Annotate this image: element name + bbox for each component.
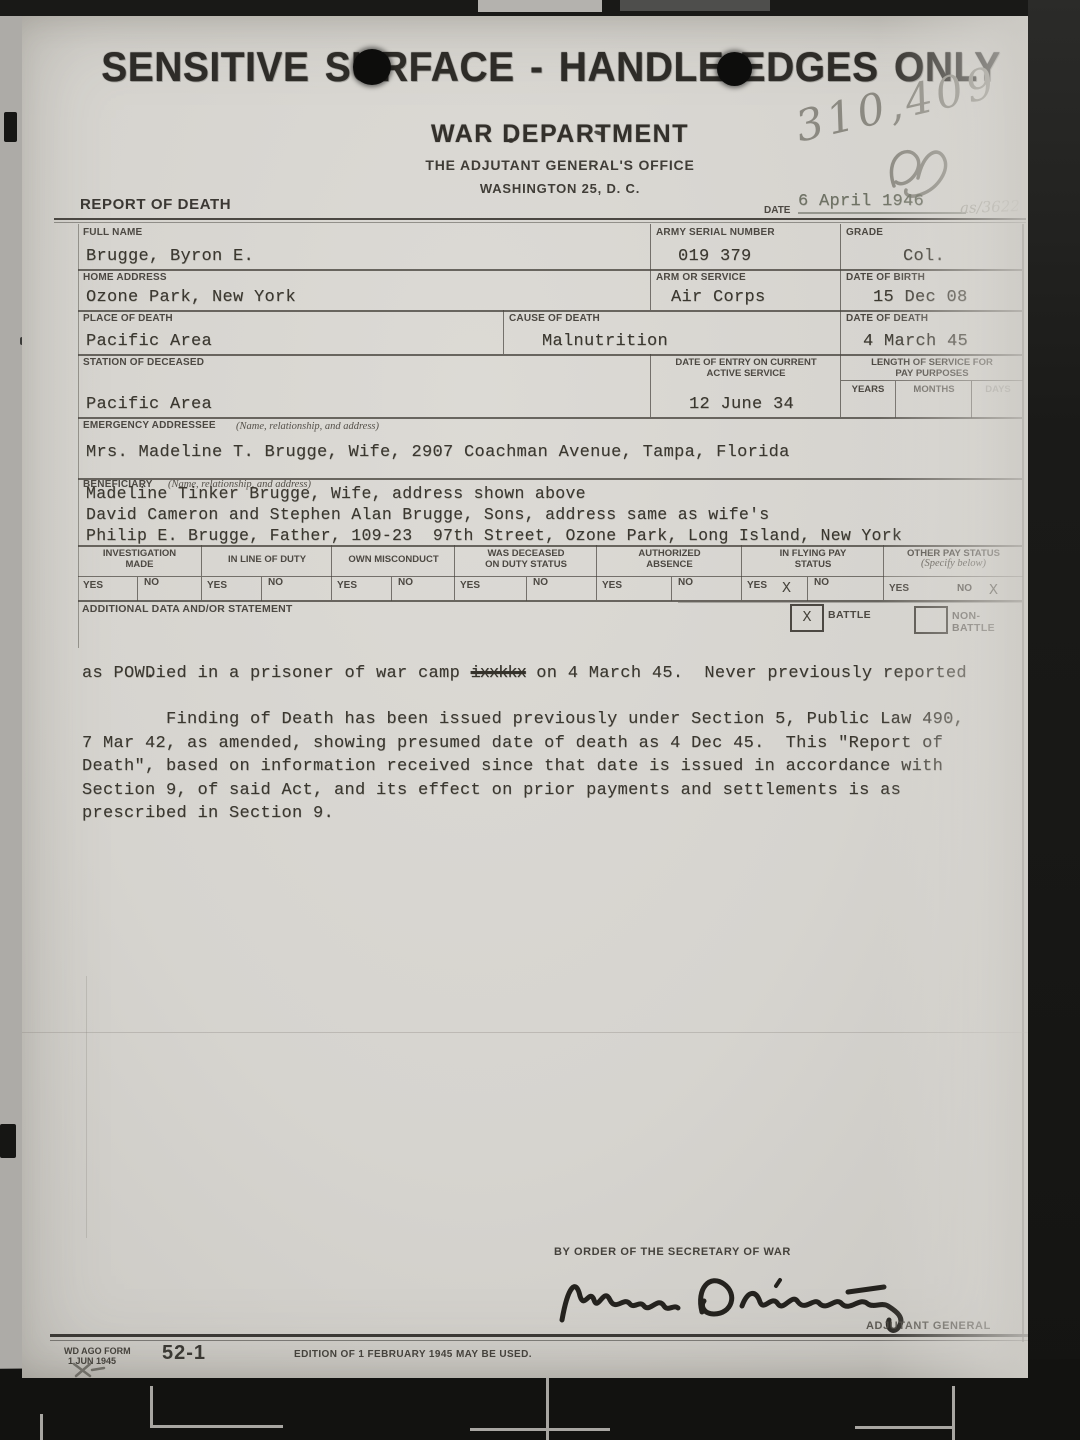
status-label: OTHER PAY STATUS	[884, 545, 1023, 559]
beneficiary-value: Madeline Tinker Brugge, Wife, address sh…	[86, 483, 902, 546]
no-label: NO	[957, 583, 972, 594]
status-label: IN LINE OF DUTY	[202, 545, 332, 565]
status-label: IN FLYING PAY STATUS	[742, 545, 884, 570]
yesno-row: YES NO	[202, 576, 332, 601]
form-row-station: STATION OF DECEASED Pacific Area DATE OF…	[78, 354, 1022, 419]
film-frame-tab-dim	[620, 0, 770, 11]
paper-crease	[86, 976, 87, 1238]
film-frame-tab	[478, 0, 602, 12]
years-cell: YEARS	[841, 381, 895, 418]
status-in-line-of-duty: IN LINE OF DUTY YES NO	[201, 545, 332, 600]
days-cell: DAYS	[971, 381, 1024, 418]
bottom-rule-thin	[50, 1340, 1028, 1341]
paper-crease	[22, 1032, 1028, 1033]
film-marker	[470, 1428, 610, 1431]
field-value: Col.	[903, 247, 945, 266]
no-label: NO	[671, 577, 693, 601]
field-label: DATE OF DEATH	[841, 310, 1023, 324]
field-value: Ozone Park, New York	[86, 288, 296, 307]
months-label: MONTHS	[896, 381, 972, 395]
days-label: DAYS	[972, 381, 1024, 395]
form-row-additional: ADDITIONAL DATA AND/OR STATEMENT X BATTL…	[78, 600, 1022, 634]
flying-pay-yes-mark: X	[782, 580, 791, 597]
yes-label: YES	[337, 580, 357, 591]
status-other-pay: OTHER PAY STATUS (Specify below) YES NO …	[883, 545, 1023, 600]
status-label: AUTHORIZED ABSENCE	[597, 545, 742, 570]
date-label: DATE	[764, 205, 790, 216]
yesno-row: YES NO	[597, 576, 742, 601]
yesno-row: YES NO	[332, 576, 455, 601]
form-number-label: WD AGO FORM	[64, 1346, 131, 1356]
date-value: 6 April 1946	[798, 192, 966, 214]
film-edge-mark	[4, 112, 17, 142]
yes-label: YES	[83, 580, 103, 591]
battle-label: BATTLE	[828, 609, 871, 621]
status-flying-pay: IN FLYING PAY STATUS YES X NO	[741, 545, 884, 600]
bottom-rule	[50, 1334, 1028, 1337]
status-label: OWN MISCONDUCT	[332, 545, 455, 565]
field-label: STATION OF DECEASED	[78, 354, 650, 368]
form-row-name: FULL NAME Brugge, Byron E. ARMY SERIAL N…	[78, 224, 1022, 271]
field-date-of-death: DATE OF DEATH 4 March 45	[840, 310, 1023, 354]
field-value: Brugge, Byron E.	[86, 247, 254, 266]
field-label: GRADE	[841, 224, 1023, 238]
non-battle-label: NON-BATTLE	[952, 610, 1022, 634]
film-left-band	[0, 16, 22, 1378]
form-row-emergency: EMERGENCY ADDRESSEE (Name, relationship,…	[78, 417, 1022, 480]
no-label: NO	[391, 577, 413, 601]
status-own-misconduct: OWN MISCONDUCT YES NO	[331, 545, 455, 600]
length-of-service-subrow: YEARS MONTHS DAYS	[841, 380, 1023, 418]
statement-p1-post: on 4 March 45. Never previously reported	[526, 664, 967, 683]
yes-label: YES	[889, 583, 909, 594]
field-grade: GRADE Col.	[840, 224, 1023, 269]
statement-p1-pre: Died in a prisoner of war camp	[145, 664, 471, 683]
film-right-band	[1028, 0, 1080, 1440]
field-label: LENGTH OF SERVICE FOR PAY PURPOSES	[841, 354, 1023, 379]
yesno-row: YES NO	[455, 576, 597, 601]
no-label: NO	[526, 577, 548, 601]
form-row-death: PLACE OF DEATH Pacific Area CAUSE OF DEA…	[78, 310, 1022, 356]
form-row-address: HOME ADDRESS Ozone Park, New York ARM OR…	[78, 269, 1022, 312]
edition-note: EDITION OF 1 FEBRUARY 1945 MAY BE USED.	[294, 1349, 532, 1360]
yesno-row: YES NO X	[884, 576, 1023, 601]
film-marker	[40, 1414, 43, 1440]
field-serial: ARMY SERIAL NUMBER 019 379	[650, 224, 841, 269]
years-label: YEARS	[841, 381, 895, 395]
film-marker	[150, 1386, 153, 1428]
field-date-of-entry: DATE OF ENTRY ON CURRENT ACTIVE SERVICE …	[650, 354, 841, 417]
punch-hole	[717, 52, 752, 86]
months-cell: MONTHS	[895, 381, 972, 418]
field-value: 15 Dec 08	[873, 288, 968, 307]
film-marker	[150, 1425, 283, 1428]
field-label: HOME ADDRESS	[78, 269, 650, 283]
field-label: DATE OF BIRTH	[841, 269, 1023, 283]
field-full-name: FULL NAME Brugge, Byron E.	[78, 224, 650, 269]
microfilm-frame: SENSITIVE SURFACE - HANDLE EDGES ONLY WA…	[0, 0, 1080, 1440]
field-value: Air Corps	[671, 288, 766, 307]
field-value: 019 379	[678, 247, 752, 266]
field-place-of-death: PLACE OF DEATH Pacific Area	[78, 310, 503, 354]
field-date-of-birth: DATE OF BIRTH 15 Dec 08	[840, 269, 1023, 310]
partial-rule	[678, 602, 1022, 603]
yes-label: YES	[460, 580, 480, 591]
document-page: SENSITIVE SURFACE - HANDLE EDGES ONLY WA…	[22, 16, 1028, 1378]
header-rule-thin	[54, 222, 1026, 223]
field-value: 12 June 34	[689, 395, 794, 414]
field-arm-or-service: ARM OR SERVICE Air Corps	[650, 269, 841, 310]
field-home-address: HOME ADDRESS Ozone Park, New York	[78, 269, 650, 310]
field-label: PLACE OF DEATH	[78, 310, 503, 324]
header-rule	[54, 218, 1026, 220]
form-right-border	[1022, 224, 1024, 1342]
punch-hole	[353, 49, 391, 85]
field-label: ARMY SERIAL NUMBER	[651, 224, 841, 238]
other-pay-no-mark: X	[989, 582, 998, 599]
adjutant-general-title: ADJUTANT GENERAL	[866, 1320, 991, 1332]
form-row-beneficiary: BENEFICIARY (Name, relationship, and add…	[78, 478, 1022, 547]
field-value: Pacific Area	[86, 395, 212, 414]
statement-p1-struck-word: ixxkkx	[471, 664, 526, 683]
yes-label: YES	[207, 580, 227, 591]
statement-paragraph-2: Finding of Death has been issued previou…	[82, 708, 964, 826]
statement-paragraph-1: Died in a prisoner of war camp ixxkkx on…	[82, 638, 967, 710]
yes-label: YES	[602, 580, 622, 591]
status-label: WAS DECEASED ON DUTY STATUS	[455, 545, 597, 570]
field-label: CAUSE OF DEATH	[504, 310, 841, 324]
form-code: 52-1	[162, 1342, 206, 1365]
status-label-note: (Specify below)	[884, 558, 1023, 569]
field-cause-of-death: CAUSE OF DEATH Malnutrition	[503, 310, 841, 354]
form-row-status: INVESTIGATION MADE YES NO IN LINE OF DUT…	[78, 545, 1022, 602]
yesno-row: YES X NO	[742, 576, 884, 601]
date-pencil-note: as/3622	[960, 197, 1020, 217]
form-left-border	[78, 224, 79, 648]
report-title: REPORT OF DEATH	[80, 196, 231, 213]
field-value: Pacific Area	[86, 332, 212, 351]
film-top-band	[0, 0, 1080, 16]
no-label: NO	[137, 577, 159, 601]
field-label: DATE OF ENTRY ON CURRENT ACTIVE SERVICE	[651, 354, 841, 379]
film-edge-mark	[0, 1124, 16, 1158]
field-label: FULL NAME	[78, 224, 650, 238]
emergency-label-note: (Name, relationship, and address)	[236, 421, 379, 432]
film-marker	[952, 1386, 955, 1440]
no-label: NO	[261, 577, 283, 601]
status-authorized-absence: AUTHORIZED ABSENCE YES NO	[596, 545, 742, 600]
film-bottom-band	[0, 1378, 1080, 1440]
status-investigation-made: INVESTIGATION MADE YES NO	[78, 545, 201, 600]
statement-paragraph-1-line-2: as POW.	[82, 664, 156, 683]
non-battle-checkbox	[914, 606, 948, 634]
emergency-label: EMERGENCY ADDRESSEE	[78, 417, 216, 431]
field-station: STATION OF DECEASED Pacific Area	[78, 354, 650, 417]
yes-label: YES	[747, 580, 767, 591]
battle-check-mark: X	[802, 609, 811, 626]
field-label: ARM OR SERVICE	[651, 269, 841, 283]
yesno-row: YES NO	[78, 576, 201, 601]
no-label: NO	[807, 577, 829, 601]
field-length-of-service: LENGTH OF SERVICE FOR PAY PURPOSES YEARS…	[840, 354, 1023, 417]
footer-pencil-mark	[70, 1360, 110, 1380]
field-value: Malnutrition	[542, 332, 668, 351]
film-marker	[855, 1426, 952, 1429]
field-value: 4 March 45	[863, 332, 968, 351]
status-label: INVESTIGATION MADE	[78, 545, 201, 570]
additional-data-label: ADDITIONAL DATA AND/OR STATEMENT	[77, 600, 293, 615]
emergency-value: Mrs. Madeline T. Brugge, Wife, 2907 Coac…	[86, 443, 790, 462]
status-deceased-on-duty: WAS DECEASED ON DUTY STATUS YES NO	[454, 545, 597, 600]
battle-checkbox: X	[790, 604, 824, 632]
